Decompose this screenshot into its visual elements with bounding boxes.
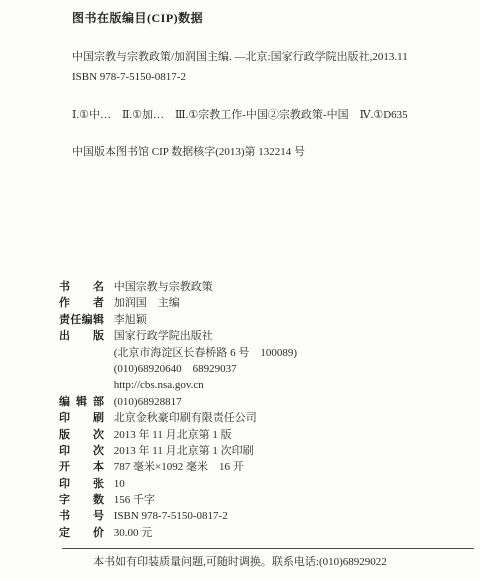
field-label: 书名 bbox=[59, 279, 104, 295]
cip-entry-line: 中国宗教与宗教政策/加润国主编. —北京:国家行政学院出版社,2013.11 bbox=[72, 51, 408, 63]
field-value: (010)68928817 bbox=[114, 394, 182, 410]
colophon-row-editor: 责任编辑 李旭颖 bbox=[59, 312, 468, 328]
colophon-row-sheets: 印张 10 bbox=[59, 476, 468, 492]
field-value: (010)68920640 68929037 bbox=[114, 361, 237, 377]
colophon-section: 书名 中国宗教与宗教政策 作者 加润国 主编 责任编辑 李旭颖 出版 国家行政学… bbox=[59, 279, 468, 541]
colophon-row-price: 定价 30.00 元 bbox=[59, 525, 468, 541]
field-value: 国家行政学院出版社 bbox=[114, 328, 213, 344]
field-value: (北京市海淀区长春桥路 6 号 100089) bbox=[114, 345, 297, 361]
field-value: 北京金秋豪印刷有限责任公司 bbox=[114, 410, 257, 426]
colophon-row-impression: 印次 2013 年 11 月北京第 1 次印刷 bbox=[59, 443, 468, 459]
field-label: 编辑部 bbox=[59, 394, 104, 410]
colophon-row-publisher: 出版 国家行政学院出版社 bbox=[59, 328, 468, 344]
cip-classification-line: Ⅰ.①中… Ⅱ.①加… Ⅲ.①宗教工作-中国②宗教政策-中国 Ⅳ.①D635 bbox=[72, 106, 462, 122]
colophon-row-format: 开本 787 毫米×1092 毫米 16 开 bbox=[59, 459, 468, 475]
field-value: 30.00 元 bbox=[114, 525, 153, 541]
field-label: 印次 bbox=[59, 443, 104, 459]
field-label: 作者 bbox=[59, 295, 104, 311]
field-value: 李旭颖 bbox=[114, 312, 147, 328]
field-label: 字数 bbox=[59, 492, 104, 508]
colophon-row-word-count: 字数 156 千字 bbox=[59, 492, 468, 508]
colophon-row-edition: 版次 2013 年 11 月北京第 1 版 bbox=[59, 427, 468, 443]
divider-line bbox=[62, 548, 474, 549]
field-label: 开本 bbox=[59, 459, 104, 475]
colophon-row-author: 作者 加润国 主编 bbox=[59, 295, 468, 311]
field-value: 10 bbox=[114, 476, 125, 492]
colophon-row-printer: 印刷 北京金秋豪印刷有限责任公司 bbox=[59, 410, 468, 426]
field-label: 印刷 bbox=[59, 410, 104, 426]
cip-data-section: 图书在版编目(CIP)数据 中国宗教与宗教政策/加润国主编. —北京:国家行政学… bbox=[72, 0, 462, 159]
field-value: 加润国 主编 bbox=[114, 295, 180, 311]
field-label: 版次 bbox=[59, 427, 104, 443]
book-copyright-page: 图书在版编目(CIP)数据 中国宗教与宗教政策/加润国主编. —北京:国家行政学… bbox=[0, 0, 480, 580]
field-value: 2013 年 11 月北京第 1 次印刷 bbox=[114, 443, 254, 459]
colophon-row-editorial-dept: 编辑部 (010)68928817 bbox=[59, 394, 468, 410]
colophon-row-publisher-address: (北京市海淀区长春桥路 6 号 100089) bbox=[59, 345, 468, 361]
colophon-row-isbn: 书号 ISBN 978-7-5150-0817-2 bbox=[59, 508, 468, 524]
field-label: 书号 bbox=[59, 508, 104, 524]
field-value: 156 千字 bbox=[114, 492, 155, 508]
colophon-row-publisher-phone: (010)68920640 68929037 bbox=[59, 361, 468, 377]
field-label: 印张 bbox=[59, 476, 104, 492]
field-value: ISBN 978-7-5150-0817-2 bbox=[114, 508, 228, 524]
cip-entry: 中国宗教与宗教政策/加润国主编. —北京:国家行政学院出版社,2013.11 I… bbox=[72, 47, 462, 87]
isbn-line: ISBN 978-7-5150-0817-2 bbox=[72, 71, 186, 83]
quality-guarantee-note: 本书如有印装质量问题,可随时调换。联系电话:(010)68929022 bbox=[0, 553, 480, 569]
cip-header: 图书在版编目(CIP)数据 bbox=[72, 9, 462, 26]
field-label: 出版 bbox=[59, 328, 104, 344]
colophon-row-title: 书名 中国宗教与宗教政策 bbox=[59, 279, 468, 295]
field-value: 中国宗教与宗教政策 bbox=[114, 279, 213, 295]
field-value: 2013 年 11 月北京第 1 版 bbox=[114, 427, 232, 443]
field-label: 定价 bbox=[59, 525, 104, 541]
field-value: http://cbs.nsa.gov.cn bbox=[114, 377, 204, 393]
colophon-row-publisher-url: http://cbs.nsa.gov.cn bbox=[59, 377, 468, 393]
cip-record-number: 中国版本图书馆 CIP 数据核字(2013)第 132214 号 bbox=[72, 143, 462, 159]
field-label: 责任编辑 bbox=[59, 312, 104, 328]
field-value: 787 毫米×1092 毫米 16 开 bbox=[114, 459, 244, 475]
